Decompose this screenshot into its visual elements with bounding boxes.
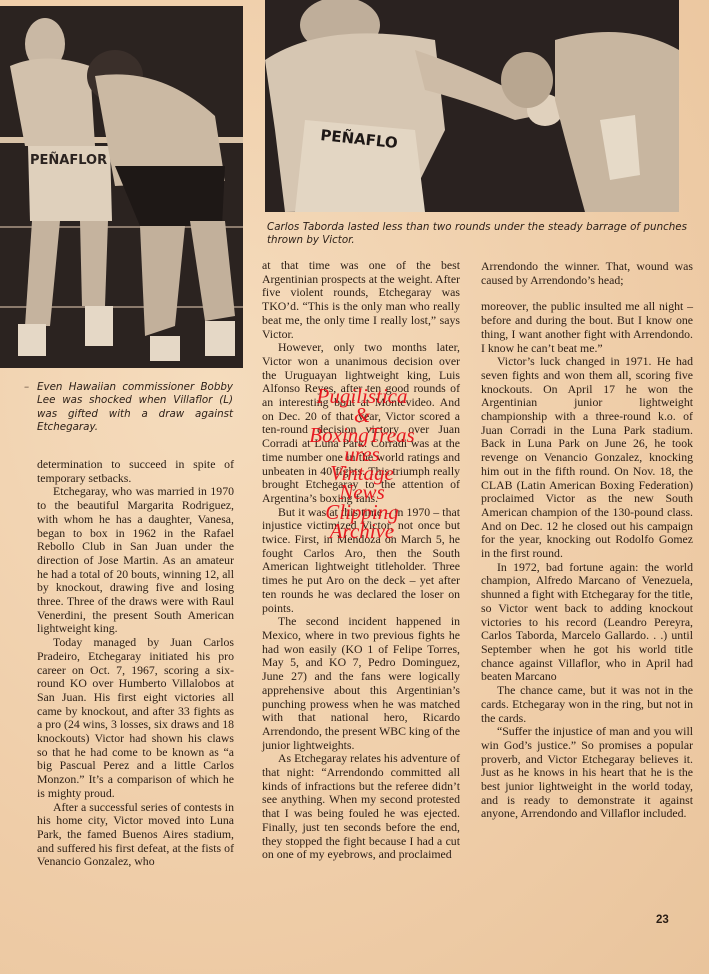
paragraph: Today managed by Juan Carlos Pradeiro, E…: [37, 636, 234, 800]
paragraph: “Suffer the injustice of man and you wil…: [481, 725, 693, 821]
paragraph: The second incident happened in Mexico, …: [262, 615, 460, 752]
paragraph: moreover, the public insulted me all nig…: [481, 300, 693, 355]
paragraph: But it was at this time – in 1970 – that…: [262, 506, 460, 616]
photo-taborda-barrage: PEÑAFLO: [265, 0, 679, 212]
caption-text: Even Hawaiian commissioner Bobby Lee was…: [37, 381, 233, 433]
paragraph: In 1972, bad fortune again: the world ch…: [481, 561, 693, 684]
article-column-2: at that time was one of the best Argenti…: [262, 259, 460, 862]
article-column-3: Arrendondo the winner. That, wound was c…: [481, 260, 693, 821]
boxing-photo-illustration: PEÑAFLO: [265, 0, 679, 212]
paragraph: determination to succeed in spite of tem…: [37, 458, 234, 485]
photo-caption-left: – Even Hawaiian commissioner Bobby Lee w…: [37, 381, 233, 435]
paragraph: As Etchegaray relates his adventure of t…: [262, 752, 460, 862]
paragraph: Victor’s luck changed in 1971. He had se…: [481, 355, 693, 561]
svg-text:PEÑAFLOR: PEÑAFLOR: [30, 152, 107, 168]
paragraph: The chance came, but it was not in the c…: [481, 684, 693, 725]
paragraph: at that time was one of the best Argenti…: [262, 259, 460, 341]
article-column-1: determination to succeed in spite of tem…: [37, 458, 234, 869]
paragraph: However, only two months later, Victor w…: [262, 341, 460, 505]
photo-caption-right: Carlos Taborda lasted less than two roun…: [267, 221, 687, 248]
paragraph: Etchegaray, who was married in 1970 to t…: [37, 485, 234, 636]
page-number: 23: [656, 914, 669, 926]
caption-dash: –: [24, 381, 29, 394]
photo-boxers-ring: PEÑAFLOR: [0, 6, 243, 368]
paragraph: After a successful series of contests in…: [37, 801, 234, 870]
boxing-photo-illustration: PEÑAFLOR: [0, 6, 243, 368]
paragraph: Arrendondo the winner. That, wound was c…: [481, 260, 693, 287]
